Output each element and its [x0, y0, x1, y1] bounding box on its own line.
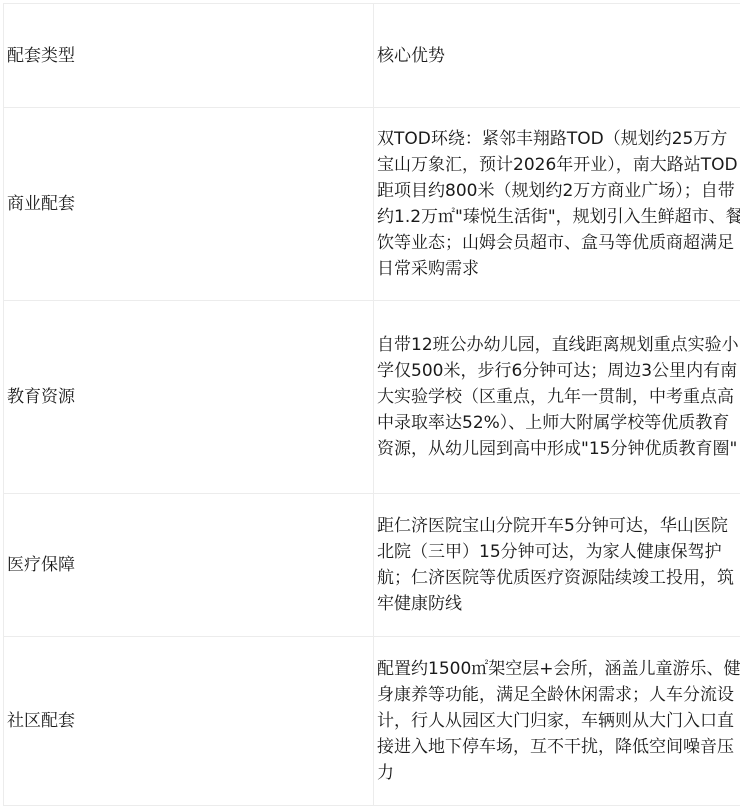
- table-row: 教育资源 自带12班公办幼儿园，直线距离规划重点实验小学仅500米，步行6分钟可…: [4, 301, 740, 494]
- facilities-table-container: 配套类型 核心优势 商业配套 双TOD环绕：紧邻丰翔路TOD（规划约25万方宝山…: [3, 3, 736, 774]
- header-core-advantage: 核心优势: [374, 4, 740, 108]
- table-row: 社区配套 配置约1500㎡架空层+会所，涵盖儿童游乐、健身康养等功能，满足全龄休…: [4, 637, 740, 775]
- core-advantage-cell: 自带12班公办幼儿园，直线距离规划重点实验小学仅500米，步行6分钟可达；周边3…: [374, 301, 740, 494]
- core-advantage-cell: 距仁济医院宝山分院开车5分钟可达，华山医院北院（三甲）15分钟可达，为家人健康保…: [374, 494, 740, 637]
- facilities-table: 配套类型 核心优势 商业配套 双TOD环绕：紧邻丰翔路TOD（规划约25万方宝山…: [3, 3, 740, 774]
- header-facility-type: 配套类型: [4, 4, 374, 108]
- facility-type-cell: 商业配套: [4, 108, 374, 301]
- facility-type-cell: 教育资源: [4, 301, 374, 494]
- core-advantage-cell: 双TOD环绕：紧邻丰翔路TOD（规划约25万方宝山万象汇，预计2026年开业），…: [374, 108, 740, 301]
- facility-type-cell: 医疗保障: [4, 494, 374, 637]
- table-header-row: 配套类型 核心优势: [4, 4, 740, 108]
- table-row: 医疗保障 距仁济医院宝山分院开车5分钟可达，华山医院北院（三甲）15分钟可达，为…: [4, 494, 740, 637]
- core-advantage-cell: 配置约1500㎡架空层+会所，涵盖儿童游乐、健身康养等功能，满足全龄休闲需求；人…: [374, 637, 740, 775]
- facility-type-cell: 社区配套: [4, 637, 374, 775]
- table-row: 商业配套 双TOD环绕：紧邻丰翔路TOD（规划约25万方宝山万象汇，预计2026…: [4, 108, 740, 301]
